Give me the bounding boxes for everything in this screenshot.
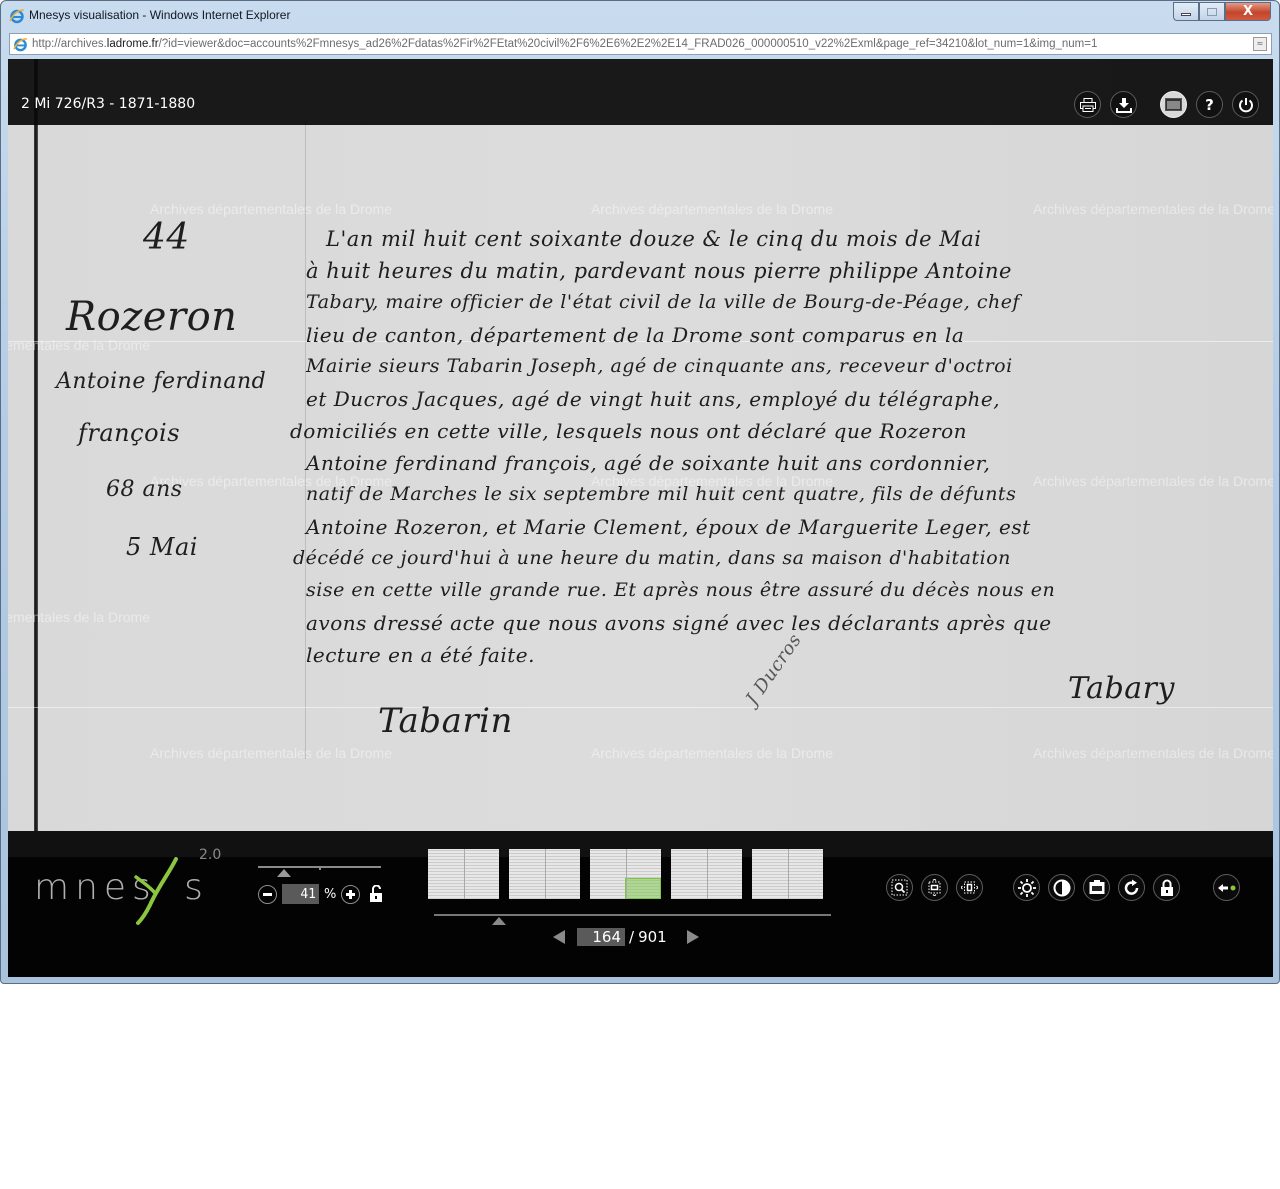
minimize-button[interactable] xyxy=(1173,2,1199,21)
text-line: Mairie sieurs Tabarin Joseph, agé de cin… xyxy=(306,355,1013,377)
text-line: sise en cette ville grande rue. Et après… xyxy=(306,579,1055,601)
url-text[interactable]: http://archives.ladrome.fr/?id=viewer&do… xyxy=(32,38,1253,50)
download-icon xyxy=(1116,97,1132,113)
watermark: Archives départementales de la Drome xyxy=(1033,201,1273,217)
window-icon xyxy=(1165,98,1182,111)
fit-width-button[interactable] xyxy=(956,874,983,901)
url-prefix: http://archives. xyxy=(32,38,107,50)
viewer-footer: mnesys 2.0 % xyxy=(8,831,1273,977)
maximize-icon xyxy=(1207,8,1217,16)
unlock-icon[interactable] xyxy=(369,885,383,903)
text-line: lecture en a été faite. xyxy=(306,643,535,667)
tile-seam xyxy=(8,707,1273,708)
text-line: et Ducros Jacques, agé de vingt huit ans… xyxy=(306,387,1000,411)
signature: Tabary xyxy=(1068,671,1175,706)
brightness-button[interactable] xyxy=(1013,874,1040,901)
document-image[interactable]: Archives départementales de la Drome Arc… xyxy=(8,59,1273,831)
text-line: domiciliés en cette ville, lesquels nous… xyxy=(290,419,967,443)
page-total: 901 xyxy=(638,928,667,946)
thumbnail-page[interactable] xyxy=(428,849,499,899)
top-toolbar: ? xyxy=(1074,91,1259,118)
watermark: Archives départementales de la Drome xyxy=(591,745,833,761)
zoom-out-button[interactable] xyxy=(258,885,277,904)
page-number-input[interactable] xyxy=(577,928,625,946)
text-line: Antoine ferdinand françois, agé de soixa… xyxy=(306,451,990,475)
zoom-slider-tick xyxy=(319,866,321,870)
zoom-area-button[interactable] xyxy=(886,874,913,901)
text-line: avons dressé acte que nous avons signé a… xyxy=(306,611,1052,635)
browser-window: Mnesys visualisation - Windows Internet … xyxy=(0,0,1280,984)
minus-icon xyxy=(263,893,272,896)
zoom-in-button[interactable] xyxy=(341,885,360,904)
help-button[interactable]: ? xyxy=(1196,91,1223,118)
lock-icon xyxy=(1160,879,1174,897)
fit-height-button[interactable] xyxy=(921,874,948,901)
contrast-button[interactable] xyxy=(1048,874,1075,901)
address-bar[interactable]: http://archives.ladrome.fr/?id=viewer&do… xyxy=(9,33,1272,55)
previous-page-button[interactable] xyxy=(553,930,565,944)
back-button[interactable] xyxy=(1213,874,1240,901)
title-bar: Mnesys visualisation - Windows Internet … xyxy=(1,1,1279,31)
thumbnail-strip xyxy=(428,849,823,899)
ie-logo-icon xyxy=(9,8,25,24)
contrast-icon xyxy=(1053,879,1071,897)
thumbnail-page[interactable] xyxy=(671,849,742,899)
image-tools xyxy=(886,874,1248,901)
watermark: Archives départementales de la Drome xyxy=(8,609,150,625)
lock-button[interactable] xyxy=(1153,874,1180,901)
margin-firstname-2: françois xyxy=(78,419,180,447)
download-button[interactable] xyxy=(1110,91,1137,118)
maximize-button[interactable] xyxy=(1199,2,1225,21)
viewport-indicator[interactable] xyxy=(625,878,661,899)
window-title: Mnesys visualisation - Windows Internet … xyxy=(29,8,290,22)
zoom-area-icon xyxy=(891,879,908,896)
rotate-button[interactable] xyxy=(1118,874,1145,901)
zoom-unit: % xyxy=(324,887,336,902)
text-line: natif de Marches le six septembre mil hu… xyxy=(306,483,1016,505)
text-line: décédé ce jourd'hui à une heure du matin… xyxy=(293,547,1011,569)
close-icon: X xyxy=(1243,4,1253,19)
text-line: à huit heures du matin, pardevant nous p… xyxy=(306,259,1012,283)
thumbnail-page[interactable] xyxy=(509,849,580,899)
zoom-row: % xyxy=(258,884,383,904)
fit-width-icon xyxy=(961,879,978,896)
url-path: /?id=viewer&doc=accounts%2Fmnesys_ad26%2… xyxy=(159,38,1098,50)
page-separator: / xyxy=(629,928,634,946)
brightness-icon xyxy=(1018,879,1036,897)
document-title: 2 Mi 726/R3 - 1871-1880 xyxy=(21,96,195,112)
close-button[interactable]: X xyxy=(1225,2,1271,21)
url-domain: ladrome.fr xyxy=(107,38,159,50)
margin-surname: Rozeron xyxy=(66,294,237,340)
next-page-button[interactable] xyxy=(687,930,699,944)
signature: J Ducros xyxy=(742,630,806,709)
minimize-icon xyxy=(1181,13,1191,16)
watermark: Archives départementales de la Drome xyxy=(150,745,392,761)
image-adjust-button[interactable] xyxy=(1083,874,1110,901)
text-line: Antoine Rozeron, et Marie Clement, époux… xyxy=(306,515,1031,539)
text-line: lieu de canton, département de la Drome … xyxy=(306,323,964,347)
page-icon xyxy=(13,37,28,52)
signature: Tabarin xyxy=(378,701,513,741)
thumbnail-page[interactable] xyxy=(752,849,823,899)
page-slider-track[interactable] xyxy=(434,914,831,916)
page-navigator: / 901 xyxy=(553,928,699,946)
fit-height-icon xyxy=(926,879,943,896)
watermark: Archives départementales de la Drome xyxy=(1033,473,1273,489)
logo-y-mark-icon xyxy=(128,857,188,927)
text-line: Tabary, maire officier de l'état civil d… xyxy=(306,291,1020,313)
zoom-input[interactable] xyxy=(282,884,319,904)
page-slider-thumb[interactable] xyxy=(492,917,506,925)
text-line: L'an mil huit cent soixante douze & le c… xyxy=(326,227,981,251)
page-margin-line xyxy=(34,59,38,831)
document-viewer: Archives départementales de la Drome Arc… xyxy=(8,59,1273,977)
print-button[interactable] xyxy=(1074,91,1101,118)
margin-firstnames: Antoine ferdinand xyxy=(56,369,266,394)
window-controls: X xyxy=(1173,2,1271,21)
margin-date: 5 Mai xyxy=(126,533,198,561)
mnesys-logo: mnesys 2.0 xyxy=(34,845,234,925)
watermark: Archives départementales de la Drome xyxy=(591,201,833,217)
quit-button[interactable] xyxy=(1232,91,1259,118)
thumbnail-page-current[interactable] xyxy=(590,849,661,899)
help-icon: ? xyxy=(1205,96,1214,114)
rotate-icon xyxy=(1123,879,1141,897)
power-icon xyxy=(1238,97,1254,113)
printer-icon xyxy=(1080,98,1096,112)
image-adjust-icon xyxy=(1089,880,1105,895)
watermark: Archives départementales de la Drome xyxy=(1033,745,1273,761)
back-arrow-icon xyxy=(1217,882,1237,894)
zoom-slider-thumb[interactable] xyxy=(277,869,291,877)
logo-version: 2.0 xyxy=(199,847,221,863)
fullscreen-button[interactable] xyxy=(1160,91,1187,118)
watermark: Archives départementales de la Drome xyxy=(150,201,392,217)
viewer-header: 2 Mi 726/R3 - 1871-1880 ? xyxy=(8,59,1273,125)
compatibility-view-icon[interactable]: ≈ xyxy=(1253,37,1267,51)
plus-icon xyxy=(346,890,355,899)
act-number: 44 xyxy=(143,217,190,258)
margin-age: 68 ans xyxy=(106,477,183,502)
zoom-control: % xyxy=(258,863,388,908)
